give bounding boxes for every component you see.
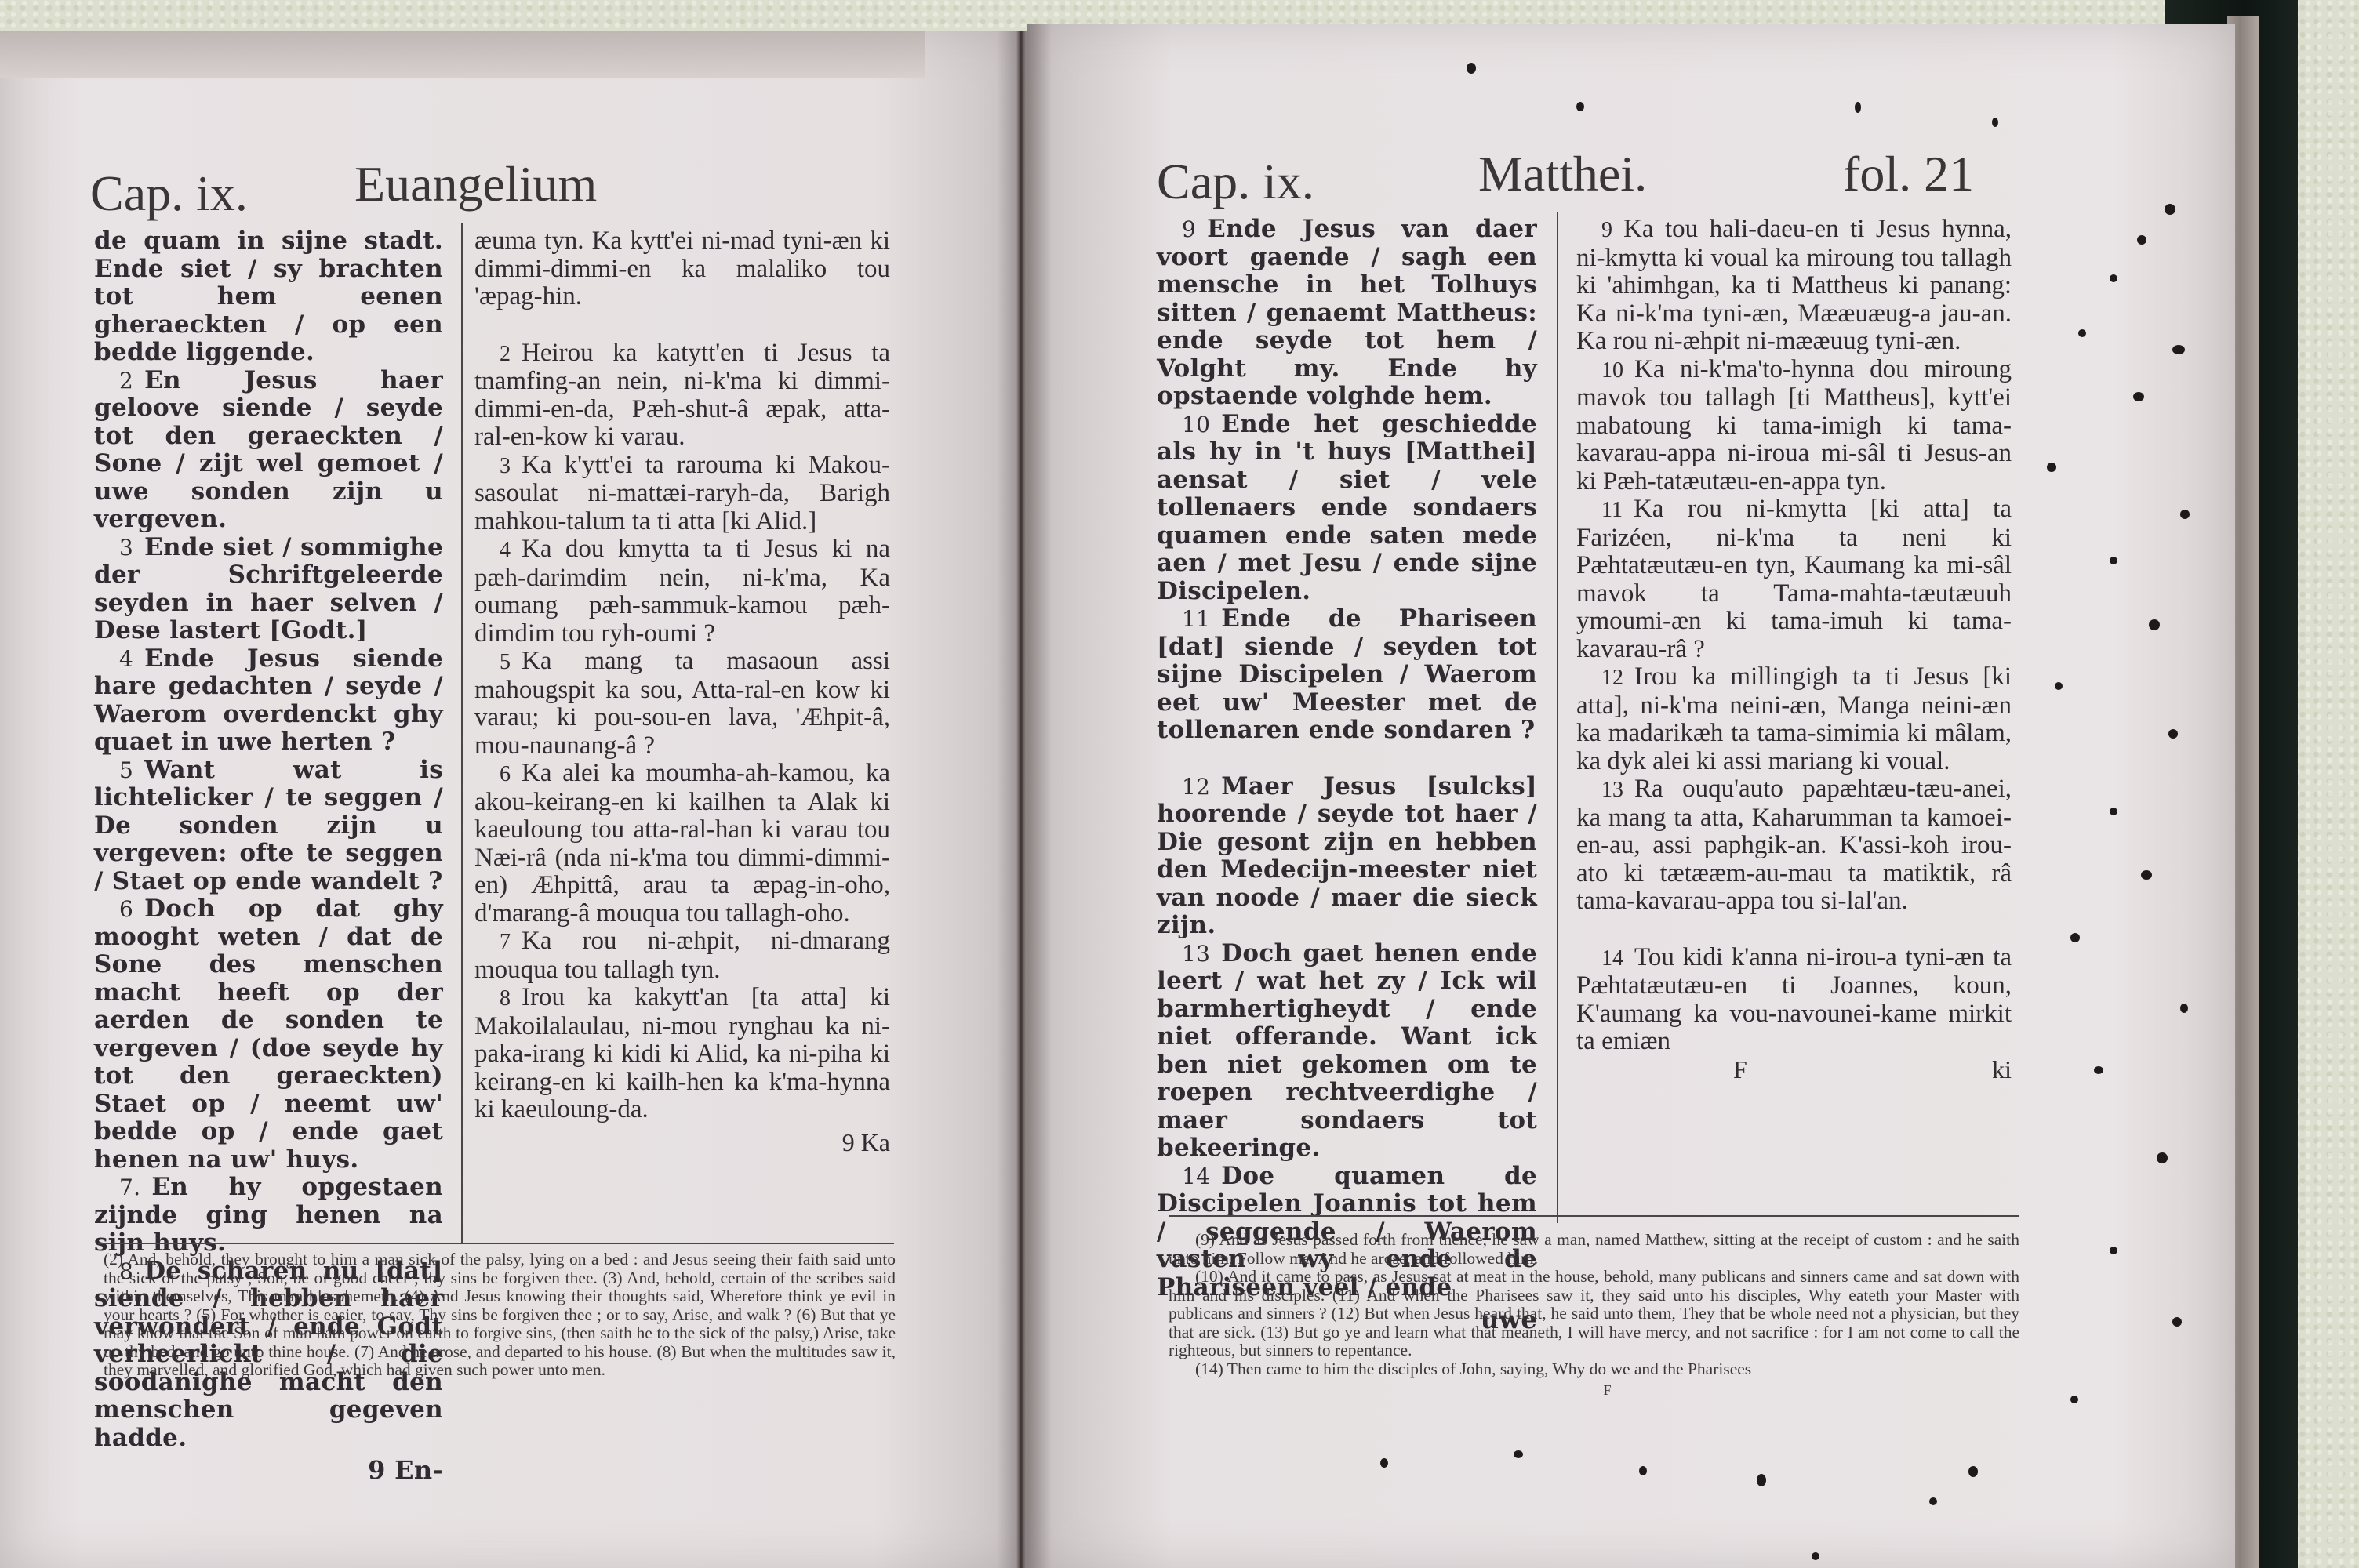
signature-mark: F bbox=[1733, 1056, 1747, 1084]
left-formosan-column: æuma tyn. Ka kytt'ei ni-mad tyni-æn ki d… bbox=[474, 227, 890, 1156]
left-chapter-heading: Cap. ix. bbox=[90, 165, 248, 223]
verse: 9Ende Jesus van daer voort gaende / sagh… bbox=[1157, 216, 1537, 411]
verse: 8Irou ka kakytt'an [ta atta] ki Makoilal… bbox=[474, 984, 890, 1124]
footnote-paragraph: (9) And as Jesus passed forth from thenc… bbox=[1169, 1231, 2019, 1268]
left-page: Cap. ix. Euangelium de quam in sijne sta… bbox=[0, 31, 1027, 1568]
right-page: Cap. ix. Matthei. fol. 21 9Ende Jesus va… bbox=[1027, 24, 2235, 1568]
verse: 2En Jesus haer geloove siende / seyde to… bbox=[94, 367, 443, 534]
right-formosan-column: 9Ka tou hali-daeu-en ti Jesus hynna, ni-… bbox=[1576, 216, 2012, 1083]
catchword: 9 En- bbox=[94, 1457, 443, 1485]
verse: 9Ka tou hali-daeu-en ti Jesus hynna, ni-… bbox=[1576, 216, 2012, 356]
verse: 4Ka dou kmytta ta ti Jesus ki na pæh-dar… bbox=[474, 535, 890, 648]
verse: 10Ende het geschiedde als hy in 't huys … bbox=[1157, 411, 1537, 606]
footnote-signature: F bbox=[1169, 1381, 2019, 1400]
folio-number: fol. 21 bbox=[1843, 145, 1974, 203]
book-gutter bbox=[1016, 31, 1026, 1568]
catchword: 9 Ka bbox=[474, 1129, 890, 1157]
left-running-title: Euangelium bbox=[354, 155, 597, 213]
verse: 7.En hy opgestaen zijnde ging henen na s… bbox=[94, 1174, 443, 1258]
verse: 12Irou ka millingigh ta ti Jesus [ki att… bbox=[1576, 663, 2012, 775]
verse: 14Tou kidi k'anna ni-irou-a tyni-æn ta P… bbox=[1576, 944, 2012, 1056]
right-english-footnotes: (9) And as Jesus passed forth from thenc… bbox=[1169, 1231, 2019, 1400]
verse: 3Ende siet / sommighe der Schriftgeleerd… bbox=[94, 534, 443, 645]
footnote-rule bbox=[98, 1243, 894, 1244]
verse: 7Ka rou ni-æhpit, ni-dmarang mouqua tou … bbox=[474, 927, 890, 984]
verse: 6Ka alei ka moumha-ah-kamou, ka akou-kei… bbox=[474, 760, 890, 927]
verse: 5Want wat is lichtelicker / te seggen / … bbox=[94, 757, 443, 896]
footnote-rule bbox=[1169, 1215, 2019, 1217]
verse: 4Ende Jesus siende hare gedachten / seyd… bbox=[94, 645, 443, 757]
verse: 11Ende de Phariseen [dat] siende / seyde… bbox=[1157, 605, 1537, 745]
footnote-paragraph: (10) And it came to pass, as Jesus sat a… bbox=[1169, 1268, 2019, 1360]
verse: 11Ka rou ni-kmytta [ki atta] ta Farizéen… bbox=[1576, 495, 2012, 663]
verse: 2Heirou ka katytt'en ti Jesus ta tnamfin… bbox=[474, 339, 890, 452]
footnote-text: (2) And, behold, they brought to him a m… bbox=[104, 1250, 896, 1380]
verse: 3Ka k'ytt'ei ta rarouma ki Makou-sasoula… bbox=[474, 452, 890, 536]
page-edge-top bbox=[0, 31, 925, 78]
catchword: ki bbox=[1992, 1056, 2012, 1084]
verse: 12Maer Jesus [sulcks] hoorende / seyde t… bbox=[1157, 773, 1537, 940]
verse: 6Doch op dat ghy mooght weten / dat de S… bbox=[94, 895, 443, 1174]
verse: æuma tyn. Ka kytt'ei ni-mad tyni-æn ki d… bbox=[474, 227, 890, 311]
right-dutch-column: 9Ende Jesus van daer voort gaende / sagh… bbox=[1157, 216, 1537, 1334]
column-rule bbox=[461, 223, 463, 1243]
footnote-paragraph: (14) Then came to him the disciples of J… bbox=[1169, 1360, 2019, 1379]
left-english-footnote: (2) And, behold, they brought to him a m… bbox=[104, 1250, 896, 1380]
verse: de quam in sijne stadt. Ende siet / sy b… bbox=[94, 227, 443, 367]
right-chapter-heading: Cap. ix. bbox=[1157, 153, 1314, 211]
column-rule bbox=[1557, 212, 1558, 1223]
verse: 13Ra ouqu'auto papæhtæu-tæu-anei, ka man… bbox=[1576, 775, 2012, 916]
signature-row: F ki bbox=[1576, 1056, 2012, 1084]
verse: 10Ka ni-k'ma'to-hynna dou miroung mavok … bbox=[1576, 356, 2012, 496]
verse: 13Doch gaet henen ende leert / wat het z… bbox=[1157, 940, 1537, 1163]
verse: 5Ka mang ta masaoun assi mahougspit ka s… bbox=[474, 648, 890, 760]
right-running-title: Matthei. bbox=[1478, 145, 1647, 203]
